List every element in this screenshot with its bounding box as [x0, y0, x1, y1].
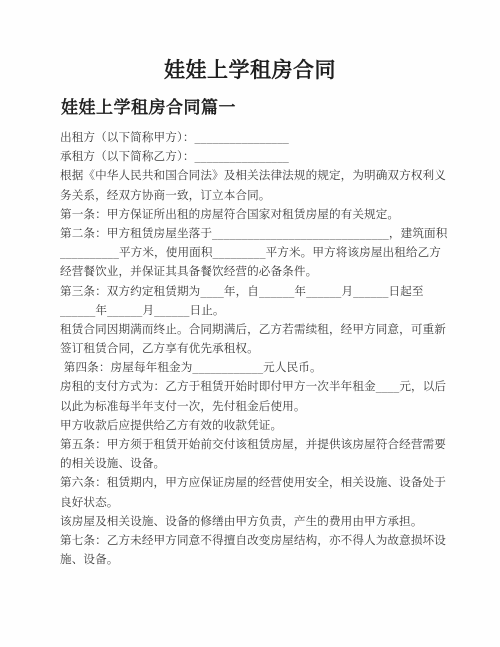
document-line: 第一条：甲方保证所出租的房屋符合国家对租赁房屋的有关规定。 [60, 205, 456, 224]
document-line: 第六条：租赁期内，甲方应保证房屋的经营使用安全，相关设施、设备处于 [60, 473, 456, 492]
document-line: 甲方收款后应提供给乙方有效的收款凭证。 [60, 416, 456, 435]
document-line: 第七条：乙方未经甲方同意不得擅自改变房屋结构，亦不得人为故意损坏设 [60, 531, 456, 550]
document-line: 签订租赁合同，乙方享有优先承租权。 [60, 339, 456, 358]
document-title: 娃娃上学租房合同 [0, 57, 500, 83]
document-line: 务关系，经双方协商一致，订立本合同。 [60, 186, 456, 205]
document-line: 第三条：双方约定租赁期为____年，自______年______月______日… [60, 282, 456, 301]
document-line: 良好状态。 [60, 493, 456, 512]
document-line: 第五条：甲方须于租赁开始前交付该租赁房屋，并提供该房屋符合经营需要 [60, 435, 456, 454]
document-line: 该房屋及相关设施、设备的修缮由甲方负责，产生的费用由甲方承担。 [60, 512, 456, 531]
document-line: 经营餐饮业，并保证其具备餐饮经营的必备条件。 [60, 262, 456, 281]
document-line: 租赁合同因期满而终止。合同期满后，乙方若需续租，经甲方同意，可重新 [60, 320, 456, 339]
document-line: 根据《中华人民共和国合同法》及相关法律法规的规定，为明确双方权利义 [60, 166, 456, 185]
document-line: 第四条：房屋每年租金为____________元人民币。 [60, 358, 456, 377]
document-line: 施、设备。 [60, 550, 456, 569]
document-line: 出租方（以下简称甲方）：________________ [60, 128, 456, 147]
document-line: 第二条：甲方租赁房屋坐落于___________________________… [60, 224, 456, 243]
document-line: 的相关设施、设备。 [60, 454, 456, 473]
document-page: 娃娃上学租房合同 娃娃上学租房合同篇一 出租方（以下简称甲方）：________… [0, 0, 500, 647]
document-line: 房租的支付方式为：乙方于租赁开始时即付甲方一次半年租金____元，以后 [60, 377, 456, 396]
document-line: 以此为标准每半年支付一次，先付租金后使用。 [60, 397, 456, 416]
document-line: 承租方（以下简称乙方）：________________ [60, 147, 456, 166]
document-line: __________平方米，使用面积_________平方米。甲方将该房屋出租给… [60, 243, 456, 262]
document-line: ______年______月______日止。 [60, 301, 456, 320]
section-heading: 娃娃上学租房合同篇一 [61, 97, 236, 119]
document-body: 出租方（以下简称甲方）：________________承租方（以下简称乙方）：… [60, 128, 456, 569]
